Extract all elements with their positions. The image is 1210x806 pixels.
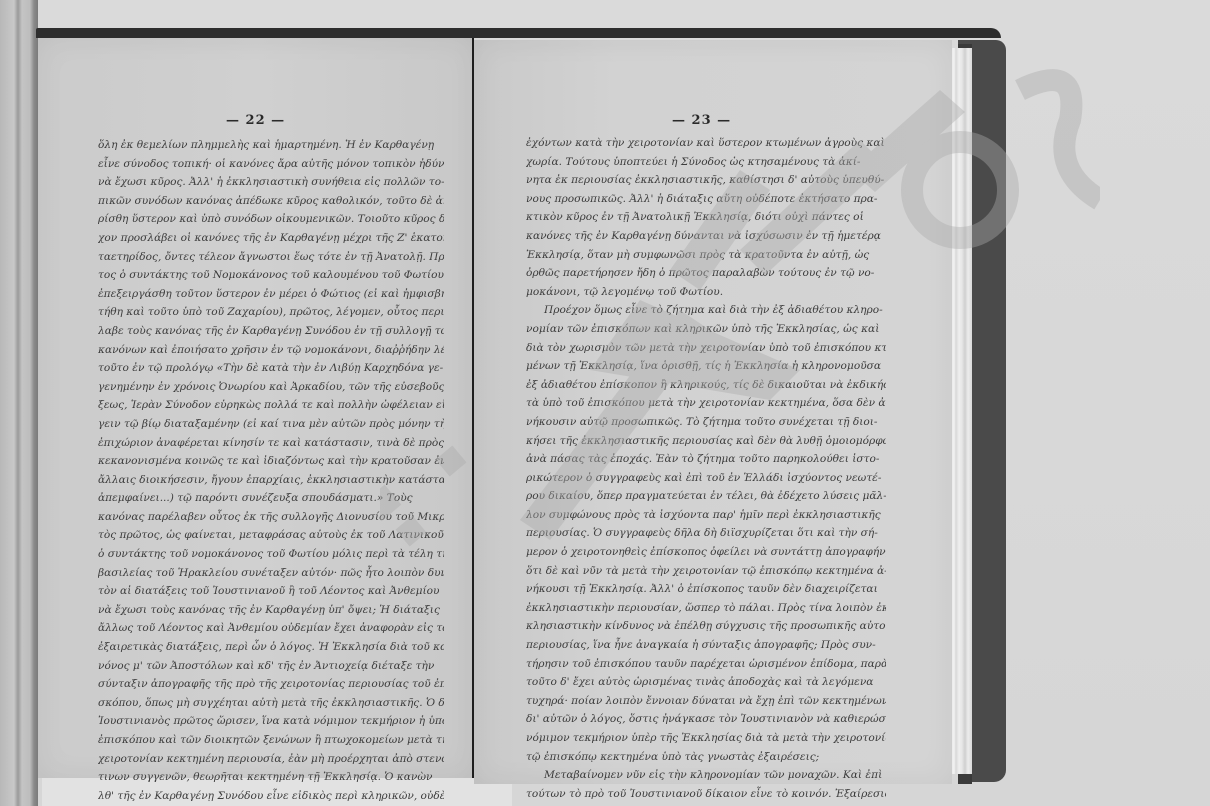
text-line: λαβε τοὺς κανόνας τῆς ἐν Καρθαγένῃ Συνόδ… [98, 322, 444, 341]
text-line: ρίσθη ὕστερον καὶ ὑπὸ συνόδων οἰκουμενικ… [98, 210, 444, 229]
text-line: κεκανονισμένα κοινῶς τε καὶ ἰδιαζόντως κ… [98, 452, 444, 471]
text-line: τος ὁ συντάκτης τοῦ Νομοκάνονος τοῦ καλο… [98, 266, 444, 285]
text-line: ὅλη ἐκ θεμελίων πλημμελὴς καὶ ἡμαρτημένη… [98, 136, 444, 155]
text-line: νόνος μ' τῶν Ἀποστόλων καὶ κδ' τῆς ἐν Ἀν… [98, 657, 444, 676]
text-line: νὰ ἔχωσι τοὺς κανόνας τῆς ἐν Καρθαγένῃ ὑ… [98, 601, 444, 620]
text-line: χωρία. Τούτους ὑποπτεύει ἡ Σύνοδος ὡς κτ… [526, 153, 886, 172]
text-line: ἀπεμφαίνει...) τῷ παρόντι συνέζευξα σπου… [98, 489, 444, 508]
right-page-text: ἐχόντων κατὰ τὴν χειροτονίαν καὶ ὕστερον… [526, 134, 886, 803]
book-cover-top-edge [36, 28, 1001, 38]
text-line: κήσει τῆς ἐκκλησιαστικῆς περιουσίας καὶ … [526, 432, 886, 451]
text-line: νους προσωπικῶς. Ἀλλ' ἡ διάταξις αὕτη οὐ… [526, 190, 886, 209]
text-line: νόμιμον τεκμήριον ὑπὲρ τῆς Ἐκκλησίας διὰ… [526, 729, 886, 748]
text-line: ἐξ ἀδιαθέτου ἐπίσκοπον ἢ κληρικούς, τίς … [526, 376, 886, 395]
text-line: κανόνας παρέλαβεν οὗτος ἐκ τῆς συλλογῆς … [98, 508, 444, 527]
text-line: σκόπου, ὅπως μὴ συγχέηται αὐτὴ μετὰ τῆς … [98, 694, 444, 713]
right-page-number: — 23 — [672, 113, 731, 128]
left-page-number: — 22 — [226, 113, 285, 128]
text-line: ἐπεξειργάσθη τοῦτον ὕστερον ἐν μέρει ὁ Φ… [98, 285, 444, 304]
text-line: Προέχον ὅμως εἶνε τὸ ζήτημα καὶ διὰ τὴν … [526, 301, 886, 320]
text-line: δι' αὐτῶν ὁ λόγος, ὅστις ἠνάγκασε τὸν Ἰο… [526, 710, 886, 729]
text-line: περιουσίας, ἵνα ἦνε ἀναγκαία ἡ σύνταξις … [526, 636, 886, 655]
text-line: τῷ ἐπισκόπῳ κεκτημένα ὑπὸ τὰς γνωστὰς ἐξ… [526, 748, 886, 767]
page-stack-edge [950, 48, 972, 774]
text-line: τὰ ὑπὸ τοῦ ἐπισκόπου μετὰ τὴν χειροτονία… [526, 394, 886, 413]
text-line: τυχηρά· ποίαν λοιπὸν ἔννοιαν δύναται νὰ … [526, 692, 886, 711]
text-line: λθ' τῆς ἐν Καρθαγένῃ Συνόδου εἶνε εἰδικὸ… [98, 787, 444, 806]
text-line: σύνταξιν ἀπογραφῆς τῆς πρὸ τῆς χειροτονί… [98, 675, 444, 694]
text-line: τήθη καὶ τοῦτο ὑπὸ τοῦ Ζαχαρίου), πρῶτος… [98, 303, 444, 322]
text-line: Ἐκκλησίᾳ, ὅταν μὴ συμφωνῶσι πρὸς τὰ κρατ… [526, 246, 886, 265]
text-line: χον προσλάβει οἱ κανόνες τῆς ἐν Καρθαγέν… [98, 229, 444, 248]
text-line: τοῦτο δ' ἔχει αὐτὸς ὡρισμένας τινὰς ἀποδ… [526, 673, 886, 692]
binder-strip [0, 0, 38, 806]
text-line: τὸς πρῶτος, ὡς φαίνεται, μεταφράσας αὐτο… [98, 526, 444, 545]
text-line: ἄλλαις διοικήσεσιν, ἤγουν ἐπαρχίαις, ἐκκ… [98, 471, 444, 490]
text-line: ρικώτερον ὁ συγγραφεὺς καὶ ἐπὶ τοῦ ἐν Ἑλ… [526, 469, 886, 488]
text-line: ἐπιχώριον ἀναφέρεται κίνησίν τε καὶ κατά… [98, 434, 444, 453]
text-line: τὸν αἱ διατάξεις τοῦ Ἰουστινιανοῦ ἢ τοῦ … [98, 582, 444, 601]
text-line: πικῶν συνόδων κανόνας ἀπέδωκε κῦρος καθο… [98, 192, 444, 211]
text-line: νὰ ἔχωσι κῦρος. Ἀλλ' ἡ ἐκκλησιαστικὴ συν… [98, 173, 444, 192]
text-line: κλησιαστικὴν κίνδυνος νὰ ἐπέλθῃ σύγχυσις… [526, 617, 886, 636]
text-line: νητα ἐκ περιουσίας ἐκκλησιαστικῆς, καθίσ… [526, 171, 886, 190]
text-line: ἐχόντων κατὰ τὴν χειροτονίαν καὶ ὕστερον… [526, 134, 886, 153]
text-line: μοκάνονι, τῷ λεγομένῳ τοῦ Φωτίου. [526, 283, 886, 302]
text-line: λον συμφώνους πρὸς τὰ ἰσχύοντα παρ' ἡμῖν… [526, 506, 886, 525]
text-line: κανόνες τῆς ἐν Καρθαγένῃ δύνανται νὰ ἰσχ… [526, 227, 886, 246]
text-line: ξεως, Ἱερὰν Σύνοδον εὑρηκὼς πολλά τε καὶ… [98, 396, 444, 415]
text-line: περιουσίας. Ὁ συγγραφεὺς δῆλα δὴ διϊσχυρ… [526, 524, 886, 543]
text-line: εἶνε σύνοδος τοπική· οἱ κανόνες ἄρα αὐτῆ… [98, 155, 444, 174]
text-line: τινων συγγενῶν, θεωρῆται κεκτημένη τῇ Ἐκ… [98, 768, 444, 787]
text-line: γενημένην ἐν χρόνοις Ὀνωρίου καὶ Ἀρκαδίο… [98, 378, 444, 397]
text-line: νομίαν τῶν ἐπισκόπων καὶ κληρικῶν ὑπὸ τῆ… [526, 320, 886, 339]
text-line: ὁ συντάκτης τοῦ νομοκάνονος τοῦ Φωτίου μ… [98, 545, 444, 564]
text-line: τήρησιν τοῦ ἐπισκόπου ταυῦν παρέχεται ὡρ… [526, 655, 886, 674]
text-line: ταετηρίδος, ὄντες τέλεον ἄγνωστοι ἕως τό… [98, 248, 444, 267]
left-page-text: ὅλη ἐκ θεμελίων πλημμελὴς καὶ ἡμαρτημένη… [98, 136, 444, 805]
text-line: τούτων τὸ πρὸ τοῦ Ἰουστινιανοῦ δίκαιον ε… [526, 785, 886, 804]
text-line: κτικὸν κῦρος ἐν τῇ Ἀνατολικῇ Ἐκκλησίᾳ, δ… [526, 208, 886, 227]
text-line: Μεταβαίνομεν νῦν εἰς τὴν κληρονομίαν τῶν… [526, 766, 886, 785]
text-line: νήκουσιν αὐτῷ προσωπικῶς. Τὸ ζήτημα τοῦτ… [526, 413, 886, 432]
text-line: γειν τῷ βίῳ διαταξαμένην (εἰ καί τινα μὲ… [98, 415, 444, 434]
text-line: ρου δικαίου, ὅπερ πραγματεύεται ἐν τέλει… [526, 487, 886, 506]
text-line: νήκουσι τῇ Ἐκκλησίᾳ. Ἀλλ' ὁ ἐπίσκοπος τα… [526, 580, 886, 599]
text-line: Ἰουστινιανὸς πρῶτος ὥρισεν, ἵνα κατὰ νόμ… [98, 712, 444, 731]
text-line: ἄλλως τοῦ Λέοντος καὶ Ἀνθεμίου οὐδεμίαν … [98, 619, 444, 638]
text-line: ἀνὰ πάσας τὰς ἐποχάς. Ἐὰν τὸ ζήτημα τοῦτ… [526, 450, 886, 469]
text-line: τοῦτο ἐν τῷ προλόγῳ «Τὴν δὲ κατὰ τὴν ἐν … [98, 359, 444, 378]
text-line: ἐπισκόπου καὶ τῶν διοικητῶν ξενώνων ἢ πτ… [98, 731, 444, 750]
text-line: ἐξαιρετικὰς διατάξεις, περὶ ὧν ὁ λόγος. … [98, 638, 444, 657]
text-line: διὰ τὸν χωρισμὸν τῶν μετὰ τὴν χειροτονία… [526, 339, 886, 358]
text-line: χειροτονίαν κεκτημένη περιουσία, ἐὰν μὴ … [98, 750, 444, 769]
text-line: κανόνων καὶ ἐποιήσατο χρῆσιν ἐν τῷ νομοκ… [98, 341, 444, 360]
text-line: ἐκκλησιαστικὴν περιουσίαν, ὥσπερ τὸ πάλα… [526, 599, 886, 618]
text-line: ὅτι δὲ καὶ νῦν τὰ μετὰ τὴν χειροτονίαν τ… [526, 562, 886, 581]
book-gutter [472, 38, 474, 778]
text-line: μένων τῇ Ἐκκλησίᾳ, ἵνα ὁρισθῇ, τίς ἡ Ἐκκ… [526, 357, 886, 376]
text-line: βασιλείας τοῦ Ἡρακλείου συνέταξεν αὐτόν·… [98, 564, 444, 583]
text-line: ὀρθῶς παρετήρησεν ἤδη ὁ πρῶτος παραλαβὼν… [526, 264, 886, 283]
text-line: μερον ὁ χειροτονηθεὶς ἐπίσκοπος ὀφείλει … [526, 543, 886, 562]
